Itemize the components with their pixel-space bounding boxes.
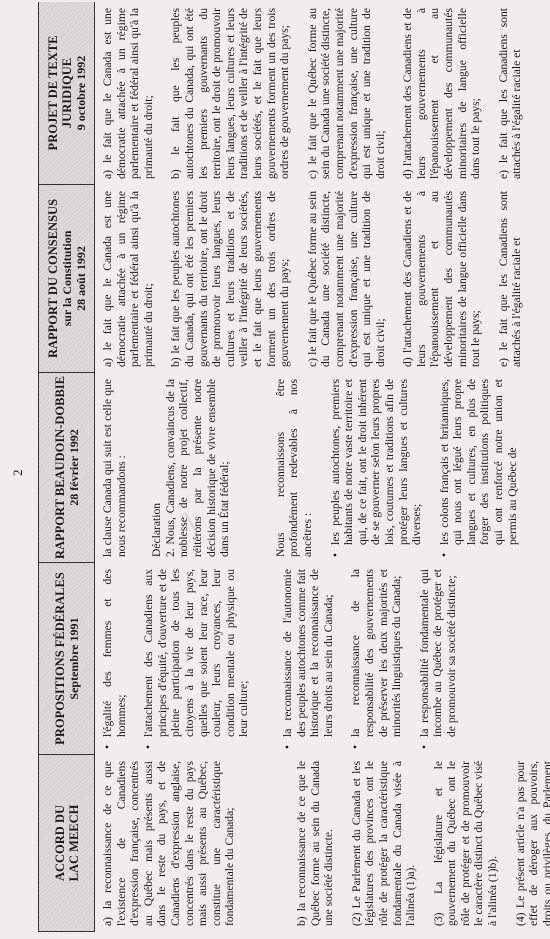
column-propositions-federales: l'égalité des femmes et des hommes; l'at… — [95, 563, 550, 755]
page-number: 2 — [10, 470, 26, 477]
paragraph: Nous reconnaissons être profondément red… — [274, 379, 315, 557]
column-rapport-beaudoin-dobbie: la clause Canada qui suit est celle que … — [95, 373, 550, 563]
paragraph: (2) Le Parlement du Canada et les législ… — [350, 761, 418, 926]
header-rapport-consensus: RAPPORT DU CONSENSUS sur la Constitution… — [38, 185, 95, 373]
bullet-item: les colons français et britanniques, qui… — [438, 379, 520, 557]
header-rapport-beaudoin-dobbie: RAPPORT BEAUDOIN-DOBBIE 28 février 1992 — [38, 373, 95, 563]
paragraph: d) l'attachement des Canadiens et de leu… — [401, 191, 483, 367]
bullet-item: l'attachement des Canadiens aux principe… — [142, 569, 251, 749]
paragraph: c) le fait que le Québec forme au sein d… — [306, 191, 388, 367]
paragraph: b) la reconnaissance de ce que le Québec… — [295, 761, 336, 926]
bullet-item: les peuples autochtones, premiers habita… — [329, 379, 424, 557]
bullet-item: l'égalité des femmes et des hommes; — [101, 569, 128, 749]
section-heading: Déclaration — [150, 379, 164, 557]
paragraph: b) le fait que les peuples autochtones d… — [169, 191, 291, 367]
paragraph: e) le fait que les Canadiens sont attach… — [497, 191, 524, 367]
paragraph: la clause Canada qui suit est celle que … — [101, 379, 128, 557]
comparison-table: ACCORD DU LAC MEECH PROPOSITIONS FÉDÉRAL… — [38, 2, 550, 932]
header-accord-lac-meech: ACCORD DU LAC MEECH — [38, 755, 95, 932]
bullet-item: la reconnaissance de l'autonomie des peu… — [281, 569, 335, 749]
column-rapport-consensus: a) le fait que le Canada est une démocra… — [95, 185, 550, 373]
rotated-document-page: 2 ACCORD DU LAC MEECH PROPOSITIONS FÉDÉR… — [0, 0, 550, 939]
paragraph: a) le fait que le Canada est une démocra… — [101, 191, 155, 367]
paragraph: (4) Le présent article n'a pas pour effe… — [514, 761, 550, 926]
paragraph: (3) La législature et le gouvernement du… — [432, 761, 500, 926]
paragraph: b) le fait que les peuples autochtones d… — [169, 8, 291, 179]
paragraph: d) l'attachement des Canadiens et de leu… — [401, 8, 483, 179]
paragraph: 2. Nous, Canadiens, convaincus de la nob… — [164, 379, 232, 557]
paragraph: e) le fait que les Canadiens sont attach… — [497, 8, 524, 179]
column-projet-texte-juridique: a) le fait que le Canada est une démocra… — [95, 2, 550, 185]
bullet-item: la responsabilité fondamentale qui incom… — [418, 569, 459, 749]
paragraph: a) le fait que le Canada est une démocra… — [101, 8, 155, 179]
header-projet-texte-juridique: PROJET DE TEXTE JURIDIQUE 9 octobre 1992 — [38, 2, 95, 185]
bullet-item: la reconnaissance de la responsabilité d… — [349, 569, 403, 749]
paragraph: a) la reconnaissance de ce que l'existen… — [101, 761, 237, 926]
column-accord-lac-meech: a) la reconnaissance de ce que l'existen… — [95, 755, 550, 932]
header-propositions-federales: PROPOSITIONS FÉDÉRALES Septembre 1991 — [38, 563, 95, 755]
paragraph: c) le fait que le Québec forme au sein d… — [306, 8, 388, 179]
